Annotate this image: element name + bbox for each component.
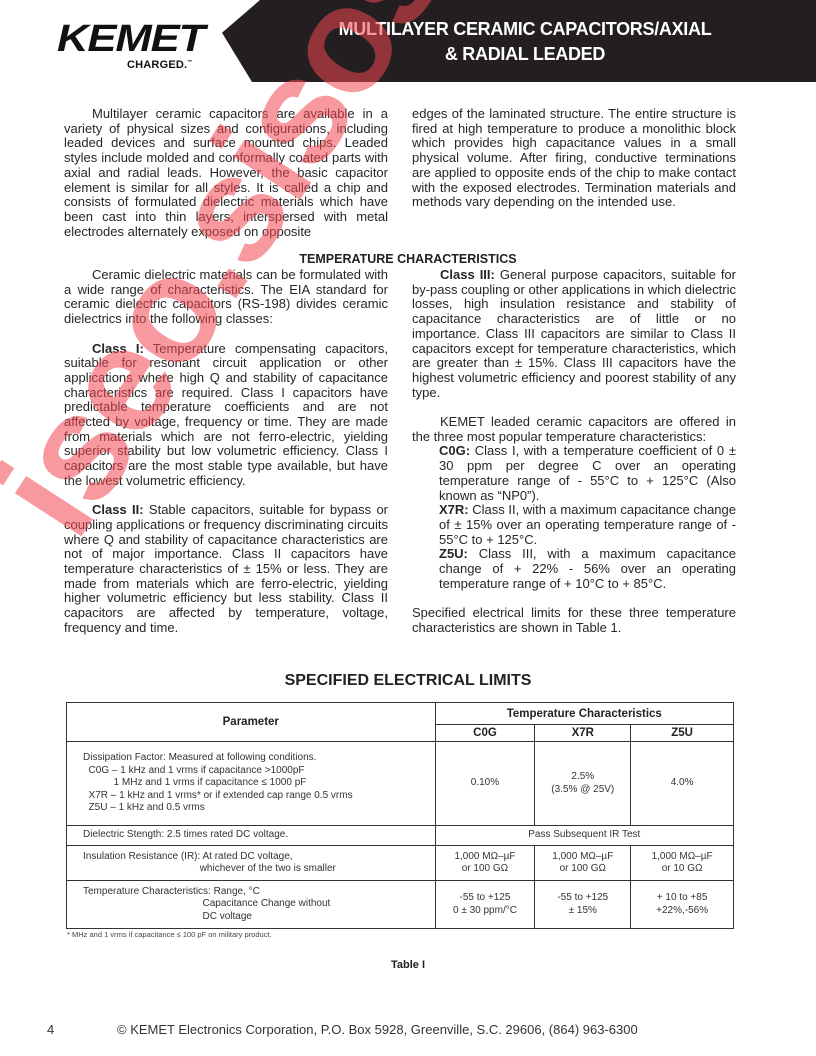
section-heading-temperature: TEMPERATURE CHARACTERISTICS: [0, 252, 816, 266]
value-x7r: -55 to +125 ± 15%: [535, 881, 631, 929]
z5u-text: Class III, with a maximum capacitance ch…: [439, 546, 736, 590]
offered-paragraph: KEMET leaded ceramic capacitors are offe…: [412, 415, 736, 444]
footer-copyright: © KEMET Electronics Corporation, P.O. Bo…: [117, 1022, 638, 1037]
logo-wordmark: KEMET: [57, 20, 204, 58]
z5u-item: Z5U: Class III, with a maximum capacitan…: [412, 547, 736, 591]
kemet-logo: KEMET CHARGED.™: [57, 20, 217, 80]
c0g-label: C0G:: [439, 443, 470, 458]
param-temperature-characteristics: Temperature Characteristics: Range, °C C…: [67, 881, 436, 929]
page-number: 4: [47, 1022, 54, 1037]
closing-paragraph: Specified electrical limits for these th…: [412, 606, 736, 635]
temperature-left-column: Ceramic dielectric materials can be form…: [64, 268, 388, 636]
table-row: Insulation Resistance (IR): At rated DC …: [67, 846, 734, 881]
temperature-right-column: Class III: General purpose capacitors, s…: [412, 268, 736, 636]
value-z5u: 1,000 MΩ–µF or 10 GΩ: [631, 846, 734, 881]
value-merged: Pass Subsequent IR Test: [435, 826, 733, 846]
class2-paragraph: Class II: Stable capacitors, suitable fo…: [64, 503, 388, 635]
x7r-label: X7R:: [439, 502, 469, 517]
table-caption: Table I: [0, 959, 816, 971]
value-c0g: -55 to +125 0 ± 30 ppm/°C: [435, 881, 535, 929]
table-row: Dissipation Factor: Measured at followin…: [67, 742, 734, 826]
x7r-text: Class II, with a maximum capacitance cha…: [439, 502, 736, 546]
table-title: SPECIFIED ELECTRICAL LIMITS: [0, 672, 816, 690]
param-insulation-resistance: Insulation Resistance (IR): At rated DC …: [67, 846, 436, 881]
c0g-item: C0G: Class I, with a temperature coeffic…: [412, 444, 736, 503]
table-footnote: * MHz and 1 vrms if capacitance ≤ 100 pF…: [67, 930, 272, 939]
page-title-line1: MULTILAYER CERAMIC CAPACITORS/AXIAL: [260, 17, 790, 42]
electrical-limits-table: Parameter Temperature Characteristics C0…: [66, 702, 734, 929]
value-z5u: + 10 to +85 +22%,-56%: [631, 881, 734, 929]
page-title: MULTILAYER CERAMIC CAPACITORS/AXIAL & RA…: [260, 17, 790, 67]
class3-paragraph: Class III: General purpose capacitors, s…: [412, 268, 736, 400]
page-title-line2: & RADIAL LEADED: [260, 42, 790, 67]
value-x7r: 1,000 MΩ–µF or 100 GΩ: [535, 846, 631, 881]
header-z5u: Z5U: [631, 725, 734, 742]
table-row: Dielectric Stength: 2.5 times rated DC v…: [67, 826, 734, 846]
class3-label: Class III:: [440, 267, 495, 282]
class2-text: Stable capacitors, suitable for bypass o…: [64, 502, 388, 635]
class3-text: General purpose capacitors, suitable for…: [412, 267, 736, 400]
value-c0g: 0.10%: [435, 742, 535, 826]
temperature-intro: Ceramic dielectric materials can be form…: [64, 268, 388, 327]
logo-tagline-text: CHARGED.: [127, 59, 187, 71]
param-dielectric-strength: Dielectric Stength: 2.5 times rated DC v…: [67, 826, 436, 846]
intro-paragraph-left: Multilayer ceramic capacitors are availa…: [64, 107, 388, 239]
header-temperature-characteristics: Temperature Characteristics: [435, 703, 733, 725]
header-c0g: C0G: [435, 725, 535, 742]
z5u-label: Z5U:: [439, 546, 468, 561]
class1-label: Class I:: [92, 341, 144, 356]
header-parameter: Parameter: [67, 703, 436, 742]
trademark-symbol: ™: [187, 59, 192, 65]
value-x7r: 2.5% (3.5% @ 25V): [535, 742, 631, 826]
c0g-text: Class I, with a temperature coefficient …: [439, 443, 736, 502]
class1-paragraph: Class I: Temperature compensating capaci…: [64, 342, 388, 489]
table-row: Temperature Characteristics: Range, °C C…: [67, 881, 734, 929]
value-z5u: 4.0%: [631, 742, 734, 826]
class1-text: Temperature compensating capacitors, sui…: [64, 341, 388, 488]
class2-label: Class II:: [92, 502, 144, 517]
intro-paragraph-right: edges of the laminated structure. The en…: [412, 107, 736, 210]
x7r-item: X7R: Class II, with a maximum capacitanc…: [412, 503, 736, 547]
value-c0g: 1,000 MΩ–µF or 100 GΩ: [435, 846, 535, 881]
intro-left-column: Multilayer ceramic capacitors are availa…: [64, 107, 388, 239]
intro-right-column: edges of the laminated structure. The en…: [412, 107, 736, 210]
param-dissipation-factor: Dissipation Factor: Measured at followin…: [67, 742, 436, 826]
logo-tagline: CHARGED.™: [127, 59, 192, 71]
header-x7r: X7R: [535, 725, 631, 742]
